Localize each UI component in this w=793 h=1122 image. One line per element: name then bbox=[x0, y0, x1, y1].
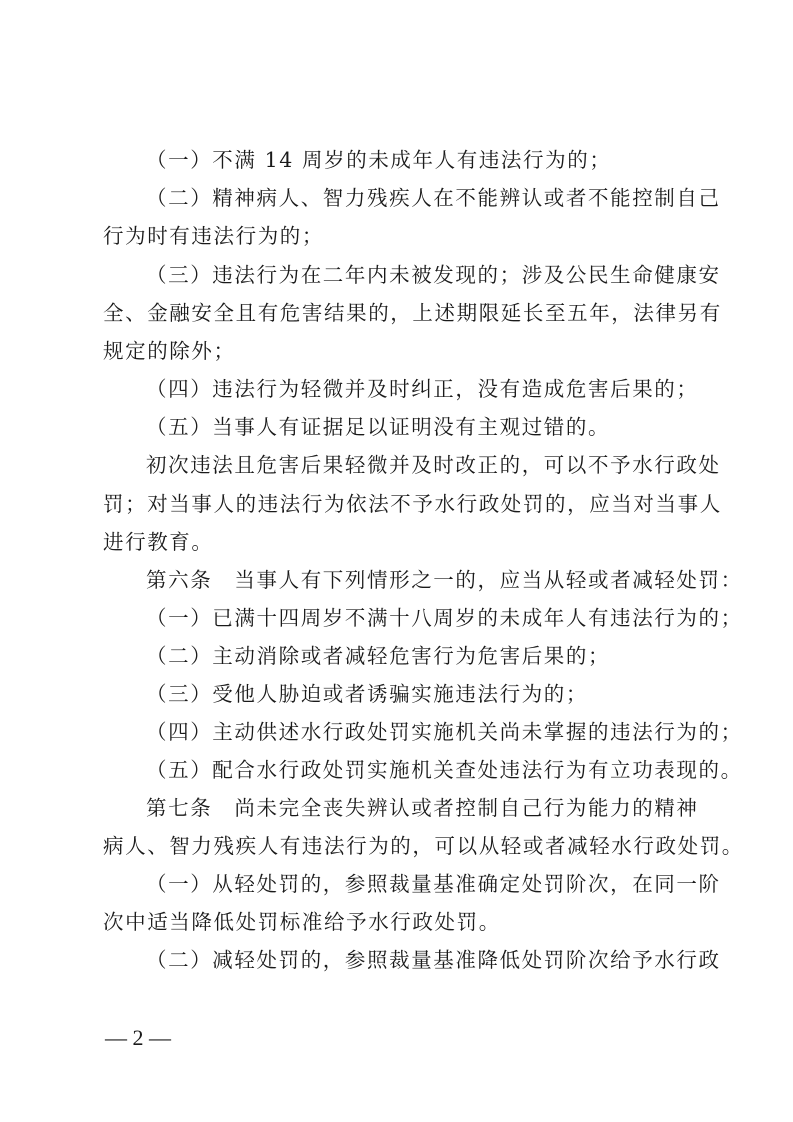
text-line: （一）从轻处罚的，参照裁量基准确定处罚阶次，在同一阶 bbox=[146, 872, 721, 896]
article-heading-line: 第七条 尚未完全丧失辨认或者控制自己行为能力的精神 bbox=[146, 796, 699, 820]
text-line: 进行教育。 bbox=[103, 530, 214, 554]
article-heading-line: 第六条 当事人有下列情形之一的，应当从轻或者减轻处罚： bbox=[146, 568, 743, 592]
text-line: （一）不满 14 周岁的未成年人有违法行为的； bbox=[146, 148, 611, 172]
text-line: 罚；对当事人的违法行为依法不予水行政处罚的，应当对当事人 bbox=[103, 492, 722, 516]
text-line: （三）违法行为在二年内未被发现的；涉及公民生命健康安 bbox=[146, 263, 721, 287]
text-line: （五）配合水行政处罚实施机关查处违法行为有立功表现的。 bbox=[146, 758, 743, 782]
text-line: （三）受他人胁迫或者诱骗实施违法行为的； bbox=[146, 682, 588, 706]
text-line: （一）已满十四周岁不满十八周岁的未成年人有违法行为的； bbox=[146, 606, 743, 630]
page-number: — 2 — bbox=[105, 1025, 171, 1051]
text-line: 行为时有违法行为的； bbox=[103, 224, 324, 248]
text-line: 全、金融安全且有危害结果的，上述期限延长至五年，法律另有 bbox=[103, 301, 722, 325]
text-line: 规定的除外； bbox=[103, 339, 236, 363]
text-line: （四）主动供述水行政处罚实施机关尚未掌握的违法行为的； bbox=[146, 720, 743, 744]
text-line: 病人、智力残疾人有违法行为的，可以从轻或者减轻水行政处罚。 bbox=[103, 834, 744, 858]
text-line: （五）当事人有证据足以证明没有主观过错的。 bbox=[146, 415, 610, 439]
text-line: （二）精神病人、智力残疾人在不能辨认或者不能控制自己 bbox=[146, 186, 721, 210]
text-line: （二）减轻处罚的，参照裁量基准降低处罚阶次给予水行政 bbox=[146, 948, 721, 972]
text-line: 次中适当降低处罚标准给予水行政处罚。 bbox=[103, 910, 501, 934]
text-line: （四）违法行为轻微并及时纠正，没有造成危害后果的； bbox=[146, 377, 699, 401]
text-line: （二）主动消除或者减轻危害行为危害后果的； bbox=[146, 644, 610, 668]
text-line: 初次违法且危害后果轻微并及时改正的，可以不予水行政处 bbox=[146, 453, 721, 477]
document-page: （一）不满 14 周岁的未成年人有违法行为的； （二）精神病人、智力残疾人在不能… bbox=[0, 0, 793, 1122]
